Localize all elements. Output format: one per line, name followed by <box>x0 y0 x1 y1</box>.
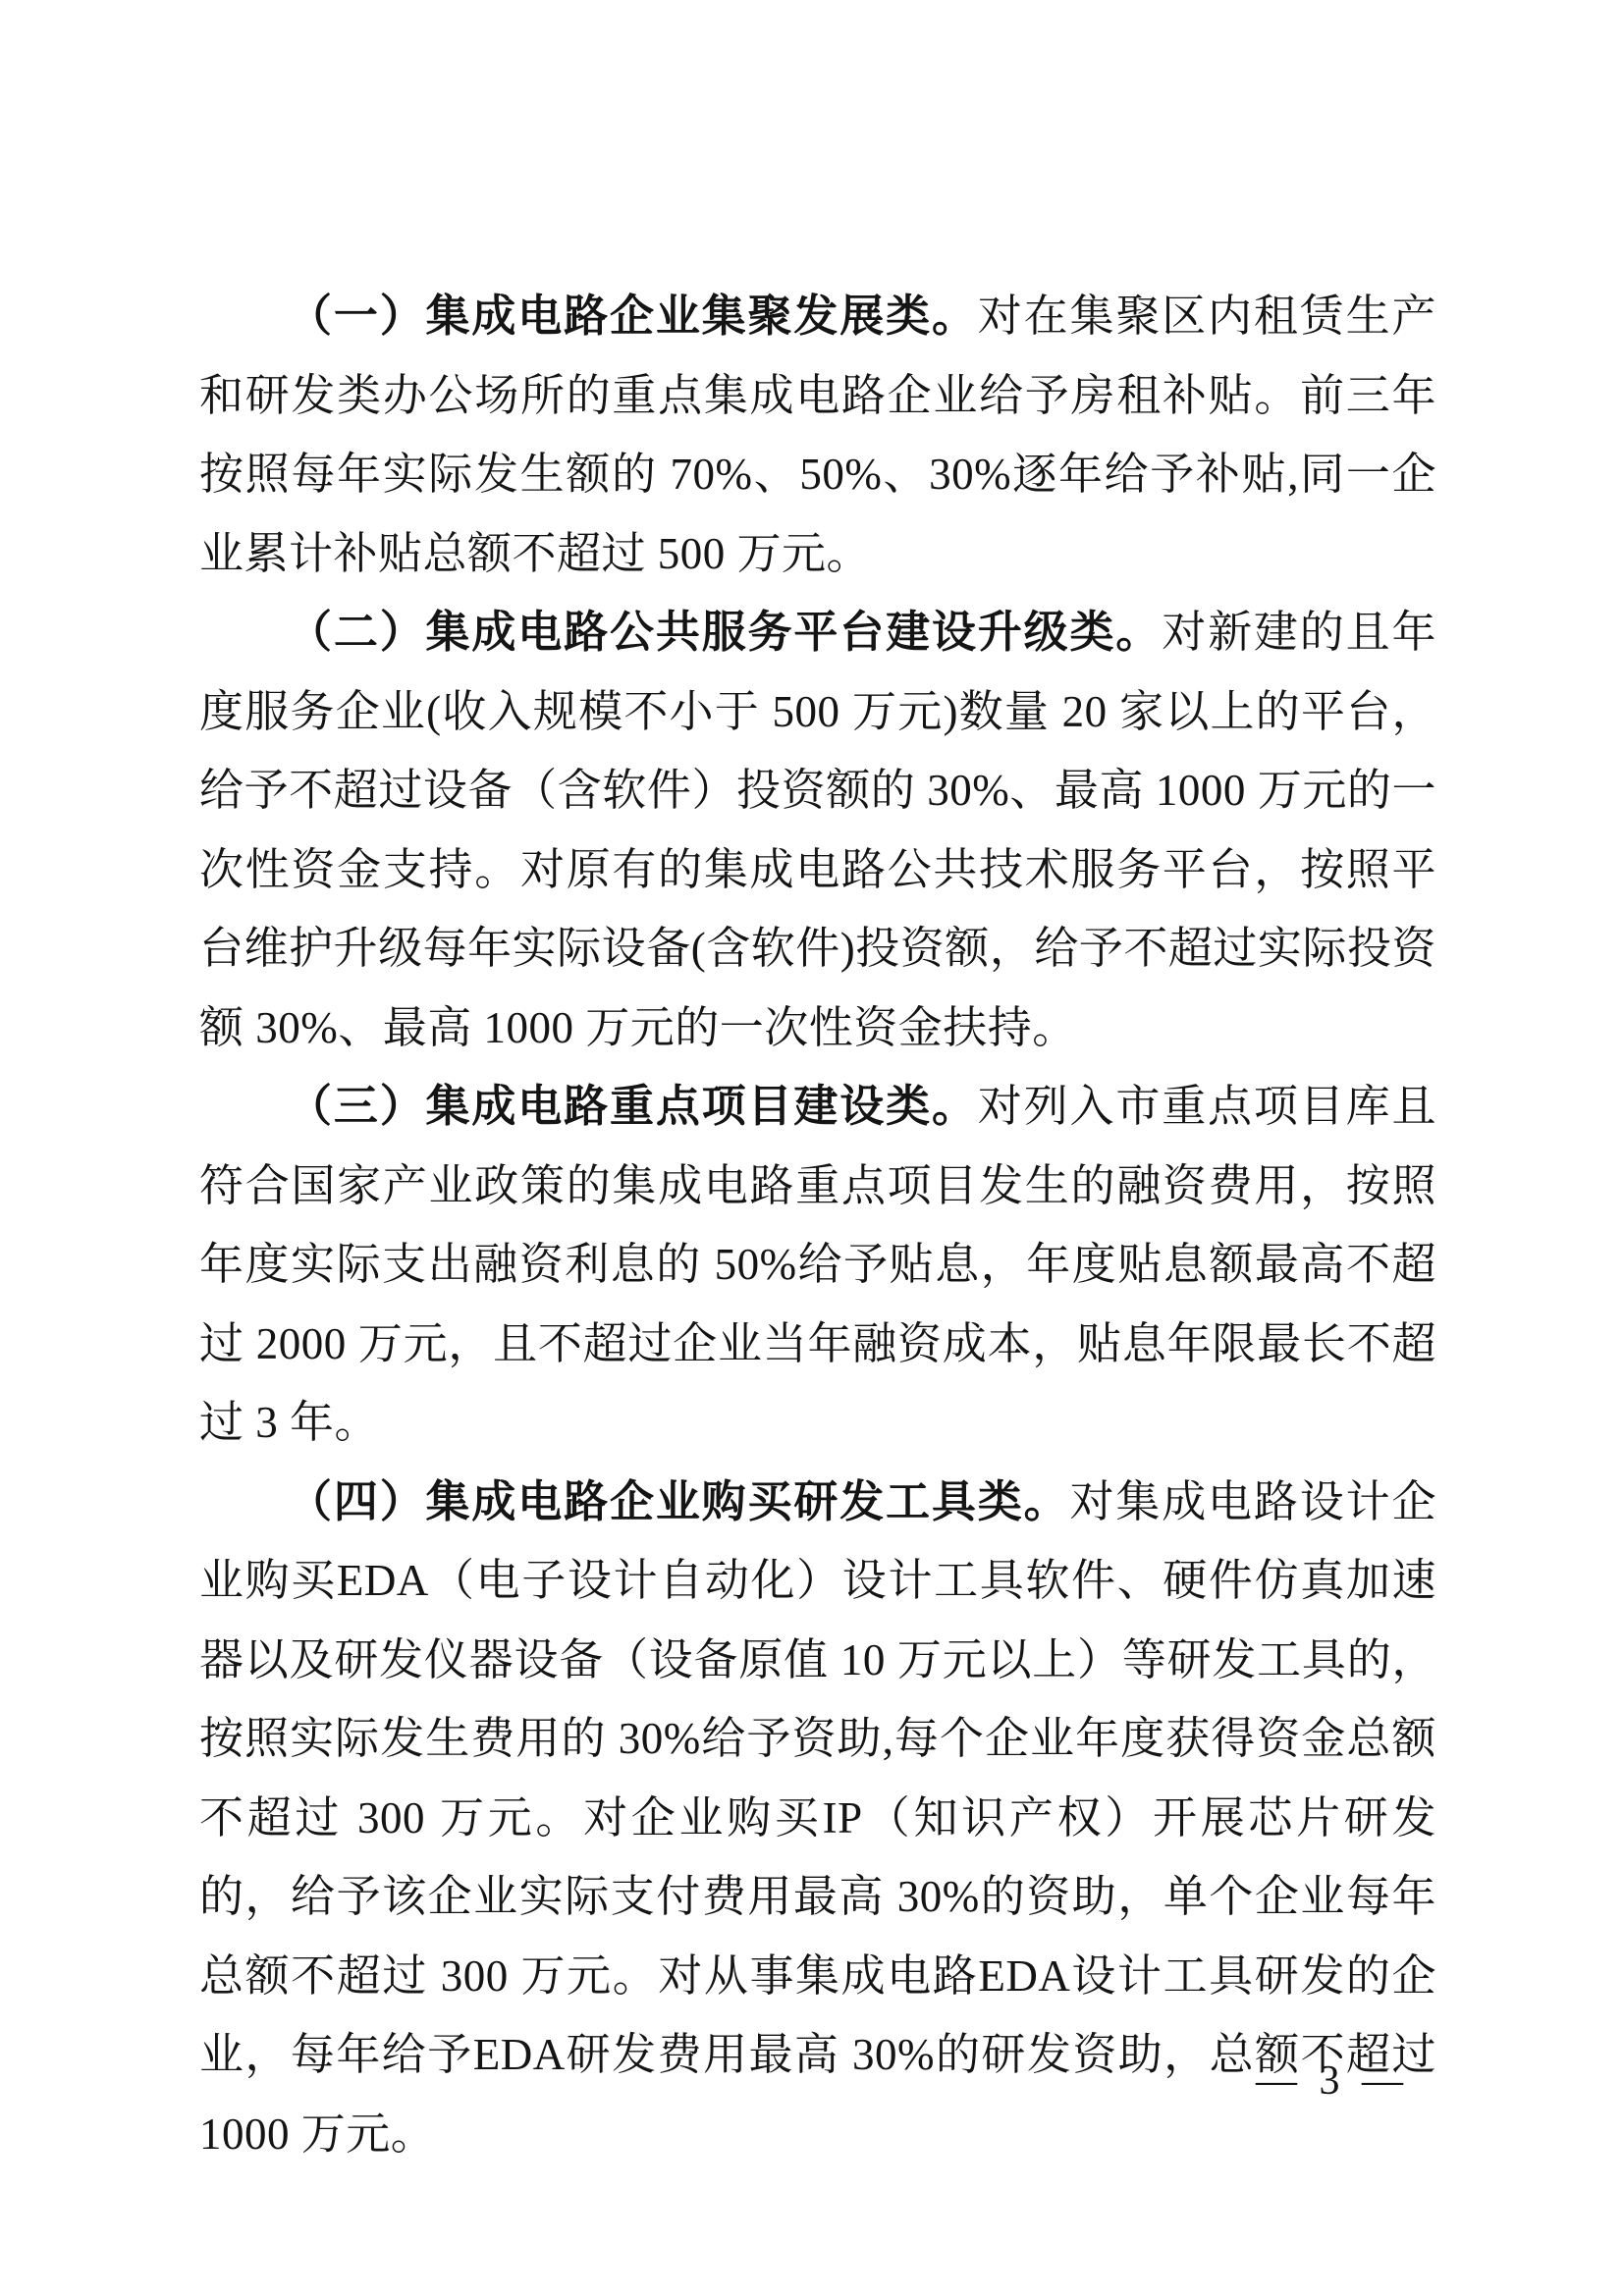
paragraph-heading: （三）集成电路重点项目建设类。 <box>288 1082 978 1131</box>
paragraph-heading: （一）集成电路企业集聚发展类。 <box>288 292 978 341</box>
policy-paragraph-4: （四）集成电路企业购买研发工具类。对集成电路设计企业购买EDA（电子设计自动化）… <box>199 1463 1436 2174</box>
paragraph-heading: （二）集成电路公共服务平台建设升级类。 <box>288 608 1162 657</box>
paragraph-body: 对集成电路设计企业购买EDA（电子设计自动化）设计工具软件、硬件仿真加速器以及研… <box>199 1477 1436 2159</box>
paragraph-body: 对新建的且年度服务企业(收入规模不小于 500 万元)数量 20 家以上的平台，… <box>199 608 1436 1052</box>
policy-paragraph-2: （二）集成电路公共服务平台建设升级类。对新建的且年度服务企业(收入规模不小于 5… <box>199 593 1436 1067</box>
page-number: — 3 — <box>1256 2052 1409 2110</box>
policy-paragraph-3: （三）集成电路重点项目建设类。对列入市重点项目库且符合国家产业政策的集成电路重点… <box>199 1067 1436 1463</box>
document-body: （一）集成电路企业集聚发展类。对在集聚区内租赁生产和研发类办公场所的重点集成电路… <box>199 277 1436 2173</box>
paragraph-heading: （四）集成电路企业购买研发工具类。 <box>288 1477 1070 1526</box>
paragraph-body: 对列入市重点项目库且符合国家产业政策的集成电路重点项目发生的融资费用，按照年度实… <box>199 1082 1436 1447</box>
document-page: （一）集成电路企业集聚发展类。对在集聚区内租赁生产和研发类办公场所的重点集成电路… <box>0 0 1623 2296</box>
policy-paragraph-1: （一）集成电路企业集聚发展类。对在集聚区内租赁生产和研发类办公场所的重点集成电路… <box>199 277 1436 593</box>
